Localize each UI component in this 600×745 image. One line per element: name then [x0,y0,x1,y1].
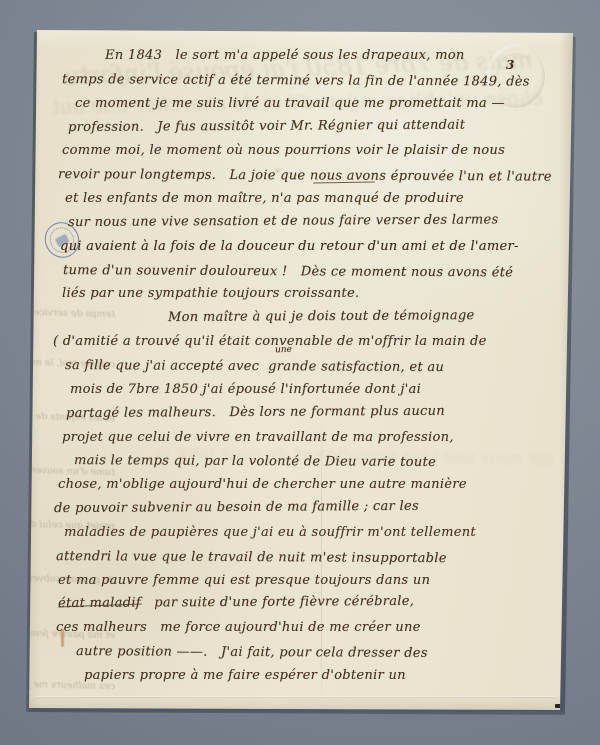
letter-line-7: et les enfants de mon maître, n'a pas ma… [65,187,569,211]
letter-line-17: projet que celui de vivre en travaillant… [62,426,569,450]
letter-line-3: ce moment je me suis livré au travail qu… [75,92,569,116]
letter-line-25: ces malheurs me force aujourd'hui de me … [56,616,569,640]
letter-line-27: papiers propre à me faire espérer d'obte… [84,664,569,688]
letter-line-21: maladies de paupières que j'ai eu à souf… [64,521,569,545]
letter-body: En 1843 le sort m'a appelé sous les drap… [53,44,569,688]
manuscript-page: mois de 7bre 1850 j'ai épousé l'infortun… [25,28,576,712]
foxing-spot [275,168,280,173]
letter-line-6: revoir pour longtemps. La joie que nous … [58,163,569,190]
letter-line-5: comme moi, le moment où nous pourrions v… [62,139,569,163]
letter-line-15: mois de 7bre 1850 j'ai épousé l'infortun… [70,378,569,402]
letter-line-22: attendri la vue que le travail de nuit m… [56,545,569,572]
letter-line-9: qui avaient à la fois de la douceur du r… [60,235,569,259]
interline-insertion-3: 3 [506,58,514,72]
letter-line-4: profession. Je fus aussitôt voir Mr. Rég… [68,112,569,139]
letter-line-16: partagé les malheurs. Dès lors ne forman… [66,399,569,426]
letter-line-12: Mon maître à qui je dois tout de témoign… [168,304,569,330]
paper-crease-horizontal [35,696,557,697]
letter-line-10: tume d'un souvenir douloureux ! Dès ce m… [63,259,569,285]
letter-line-1: En 1843 le sort m'a appelé sous les drap… [105,44,569,68]
interline-insertion-une: une [275,345,292,356]
letter-line-8: sur nous une vive sensation et de nous f… [68,208,569,235]
letter-line-13: ( d'amitié a trouvé qu'il était convenab… [53,330,569,354]
foxing-spot [61,629,64,647]
letter-line-20: de pouvoir subvenir au besoin de ma fami… [54,494,569,521]
paper-crease-vertical [321,408,322,708]
letter-line-26: autre position ——. J'ai fait, pour cela … [76,640,569,666]
letter-line-14: sa fille que j'ai accepté avec grande sa… [65,354,569,380]
letter-line-2: temps de service actif a été terminé ver… [62,68,569,94]
photo-background: mois de 7bre 1850 j'ai épousé l'infortun… [0,0,600,745]
letter-line-11: liés par une sympathie toujours croissan… [62,282,569,306]
